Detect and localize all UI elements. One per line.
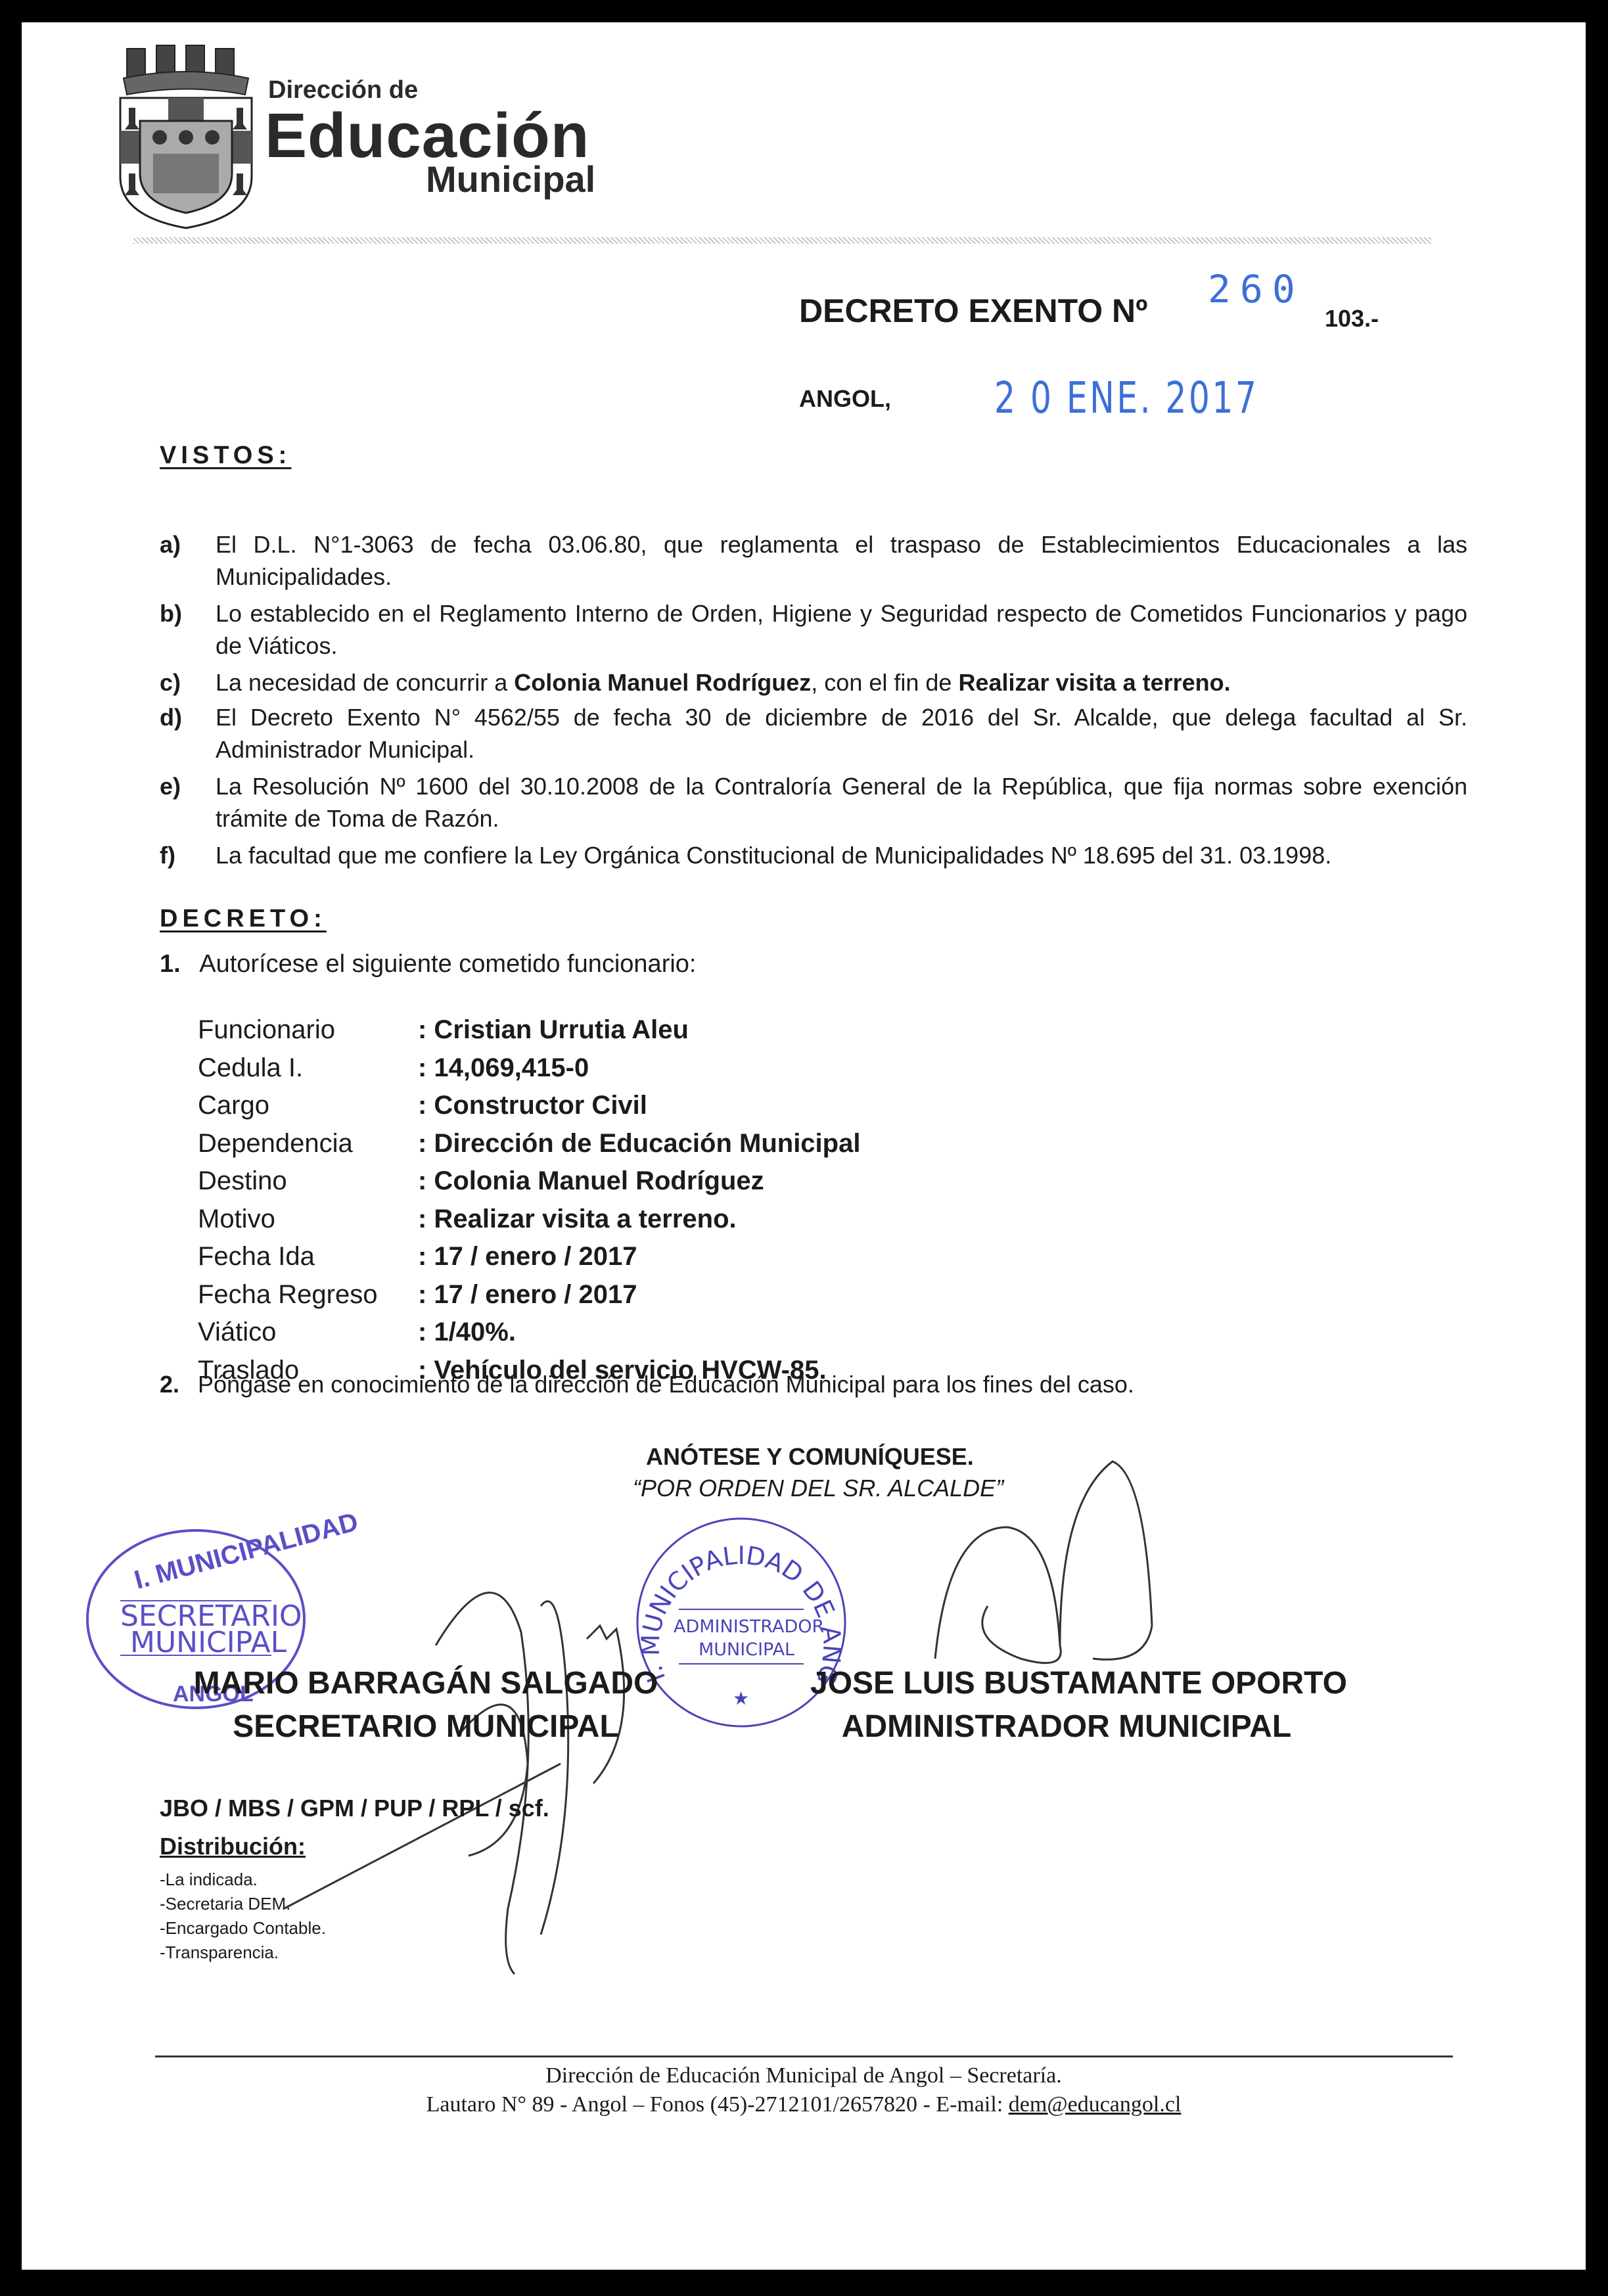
- commission-field-row: Viático: 1/40%.: [198, 1314, 516, 1350]
- footer-email-link[interactable]: dem@educangol.cl: [1009, 2092, 1182, 2117]
- signatory-1-role: SECRETARIO MUNICIPAL: [189, 1709, 662, 1745]
- field-label: Dependencia: [198, 1125, 418, 1162]
- visto-item-b: b) Lo establecido en el Reglamento Inter…: [160, 597, 1467, 662]
- commission-field-row: Cedula I.: 14,069,415-0: [198, 1049, 589, 1086]
- signature-administrador: [929, 1461, 1205, 1678]
- visto-label: f): [160, 839, 175, 871]
- visto-item-a: a) El D.L. N°1-3063 de fecha 03.06.80, q…: [160, 528, 1467, 593]
- document-page: Dirección de Educación Municipal 260 DEC…: [22, 22, 1586, 2270]
- field-value: : Cristian Urrutia Aleu: [418, 1015, 689, 1044]
- decreto-heading: DECRETO:: [160, 905, 327, 933]
- closing-line: ANÓTESE Y COMUNÍQUESE.: [646, 1443, 974, 1471]
- vistos-heading: VISTOS:: [160, 442, 291, 470]
- signatory-1-name: MARIO BARRAGÁN SALGADO: [189, 1665, 662, 1701]
- commission-field-row: Fecha Regreso: 17 / enero / 2017: [198, 1276, 637, 1313]
- municipal-crest-icon: [117, 45, 255, 229]
- svg-text:MUNICIPAL: MUNICIPAL: [130, 1626, 287, 1659]
- visto-text: Lo establecido en el Reglamento Interno …: [216, 597, 1467, 662]
- svg-text:★: ★: [733, 1688, 749, 1709]
- signatory-2-role: ADMINISTRADOR MUNICIPAL: [810, 1709, 1323, 1745]
- field-label: Viático: [198, 1314, 418, 1350]
- decree-title: DECRETO EXENTO Nº: [799, 292, 1147, 330]
- brand-line-3: Municipal: [426, 158, 595, 200]
- visto-label: d): [160, 701, 182, 733]
- item-number: 1.: [160, 950, 181, 978]
- visto-text: La facultad que me confiere la Ley Orgán…: [216, 839, 1467, 871]
- svg-text:I. MUNICIPALIDAD: I. MUNICIPALIDAD: [131, 1507, 361, 1595]
- item-text: Póngase en conocimiento de la dirección …: [198, 1371, 1134, 1398]
- commission-field-row: Funcionario: Cristian Urrutia Aleu: [198, 1011, 689, 1048]
- field-label: Cedula I.: [198, 1049, 418, 1086]
- signature-secretario: [390, 1567, 666, 1974]
- field-label: Destino: [198, 1162, 418, 1199]
- footer-divider: [155, 2055, 1453, 2057]
- distribution-item: -Encargado Contable.: [160, 1916, 326, 1940]
- commission-field-row: Motivo: Realizar visita a terreno.: [198, 1201, 737, 1237]
- decree-number-stamp: 260: [1208, 267, 1304, 311]
- header-divider: [133, 237, 1431, 244]
- field-value: : 1/40%.: [418, 1318, 516, 1346]
- visto-label: c): [160, 666, 181, 699]
- commission-field-row: Dependencia: Dirección de Educación Muni…: [198, 1125, 860, 1162]
- commission-field-row: Cargo: Constructor Civil: [198, 1087, 647, 1124]
- field-value: : 14,069,415-0: [418, 1053, 589, 1082]
- field-label: Motivo: [198, 1201, 418, 1237]
- visto-label: b): [160, 597, 182, 630]
- visto-label: a): [160, 528, 181, 561]
- item-number: 2.: [160, 1371, 179, 1398]
- visto-item-f: f) La facultad que me confiere la Ley Or…: [160, 839, 1467, 871]
- distribution-heading: Distribución:: [160, 1833, 306, 1860]
- distribution-item: -Transparencia.: [160, 1940, 326, 1965]
- field-value: : Realizar visita a terreno.: [418, 1205, 737, 1233]
- visto-text: La Resolución Nº 1600 del 30.10.2008 de …: [216, 770, 1467, 835]
- visto-text: , con el fin de: [811, 669, 958, 696]
- commission-field-row: Destino: Colonia Manuel Rodríguez: [198, 1162, 764, 1199]
- visto-text: La necesidad de concurrir a: [216, 669, 514, 696]
- visto-item-e: e) La Resolución Nº 1600 del 30.10.2008 …: [160, 770, 1467, 835]
- purpose-bold: Realizar visita a terreno.: [958, 669, 1230, 696]
- field-value: : 17 / enero / 2017: [418, 1280, 637, 1309]
- field-value: : 17 / enero / 2017: [418, 1242, 637, 1271]
- initials-line: JBO / MBS / GPM / PUP / RPL / scf.: [160, 1795, 549, 1822]
- distribution-item: -La indicada.: [160, 1868, 326, 1892]
- svg-text:MUNICIPAL: MUNICIPAL: [699, 1640, 794, 1660]
- field-value: : Dirección de Educación Municipal: [418, 1129, 860, 1158]
- footer-line-2: Lautaro N° 89 - Angol – Fonos (45)-27121…: [22, 2092, 1586, 2117]
- commission-field-row: Fecha Ida: 17 / enero / 2017: [198, 1238, 637, 1275]
- field-label: Fecha Ida: [198, 1238, 418, 1275]
- svg-text:ADMINISTRADOR: ADMINISTRADOR: [674, 1617, 824, 1637]
- field-value: : Colonia Manuel Rodríguez: [418, 1166, 764, 1195]
- signatory-2-name: JOSE LUIS BUSTAMANTE OPORTO: [810, 1665, 1323, 1701]
- item-text: Autorícese el siguiente cometido funcion…: [199, 950, 696, 978]
- decree-suffix: 103.-: [1325, 305, 1379, 333]
- visto-item-d: d) El Decreto Exento N° 4562/55 de fecha…: [160, 701, 1467, 766]
- field-label: Funcionario: [198, 1011, 418, 1048]
- distribution-item: -Secretaria DEM.: [160, 1892, 326, 1916]
- decreto-item-1: 1. Autorícese el siguiente cometido func…: [160, 950, 696, 978]
- destination-bold: Colonia Manuel Rodríguez: [514, 669, 811, 696]
- footer-address: Lautaro N° 89 - Angol – Fonos (45)-27121…: [426, 2092, 1009, 2117]
- visto-label: e): [160, 770, 181, 802]
- place-label: ANGOL,: [799, 385, 891, 413]
- visto-item-c: c) La necesidad de concurrir a Colonia M…: [160, 666, 1467, 699]
- visto-text: El D.L. N°1-3063 de fecha 03.06.80, que …: [216, 528, 1467, 593]
- distribution-list: -La indicada. -Secretaria DEM. -Encargad…: [160, 1868, 326, 1965]
- date-stamp: 2 0 ENE. 2017: [994, 373, 1258, 423]
- visto-text: El Decreto Exento N° 4562/55 de fecha 30…: [216, 701, 1467, 766]
- footer-line-1: Dirección de Educación Municipal de Ango…: [22, 2063, 1586, 2088]
- field-label: Fecha Regreso: [198, 1276, 418, 1313]
- field-value: : Constructor Civil: [418, 1091, 647, 1120]
- decreto-item-2: 2. Póngase en conocimiento de la direcci…: [160, 1371, 1134, 1398]
- field-label: Cargo: [198, 1087, 418, 1124]
